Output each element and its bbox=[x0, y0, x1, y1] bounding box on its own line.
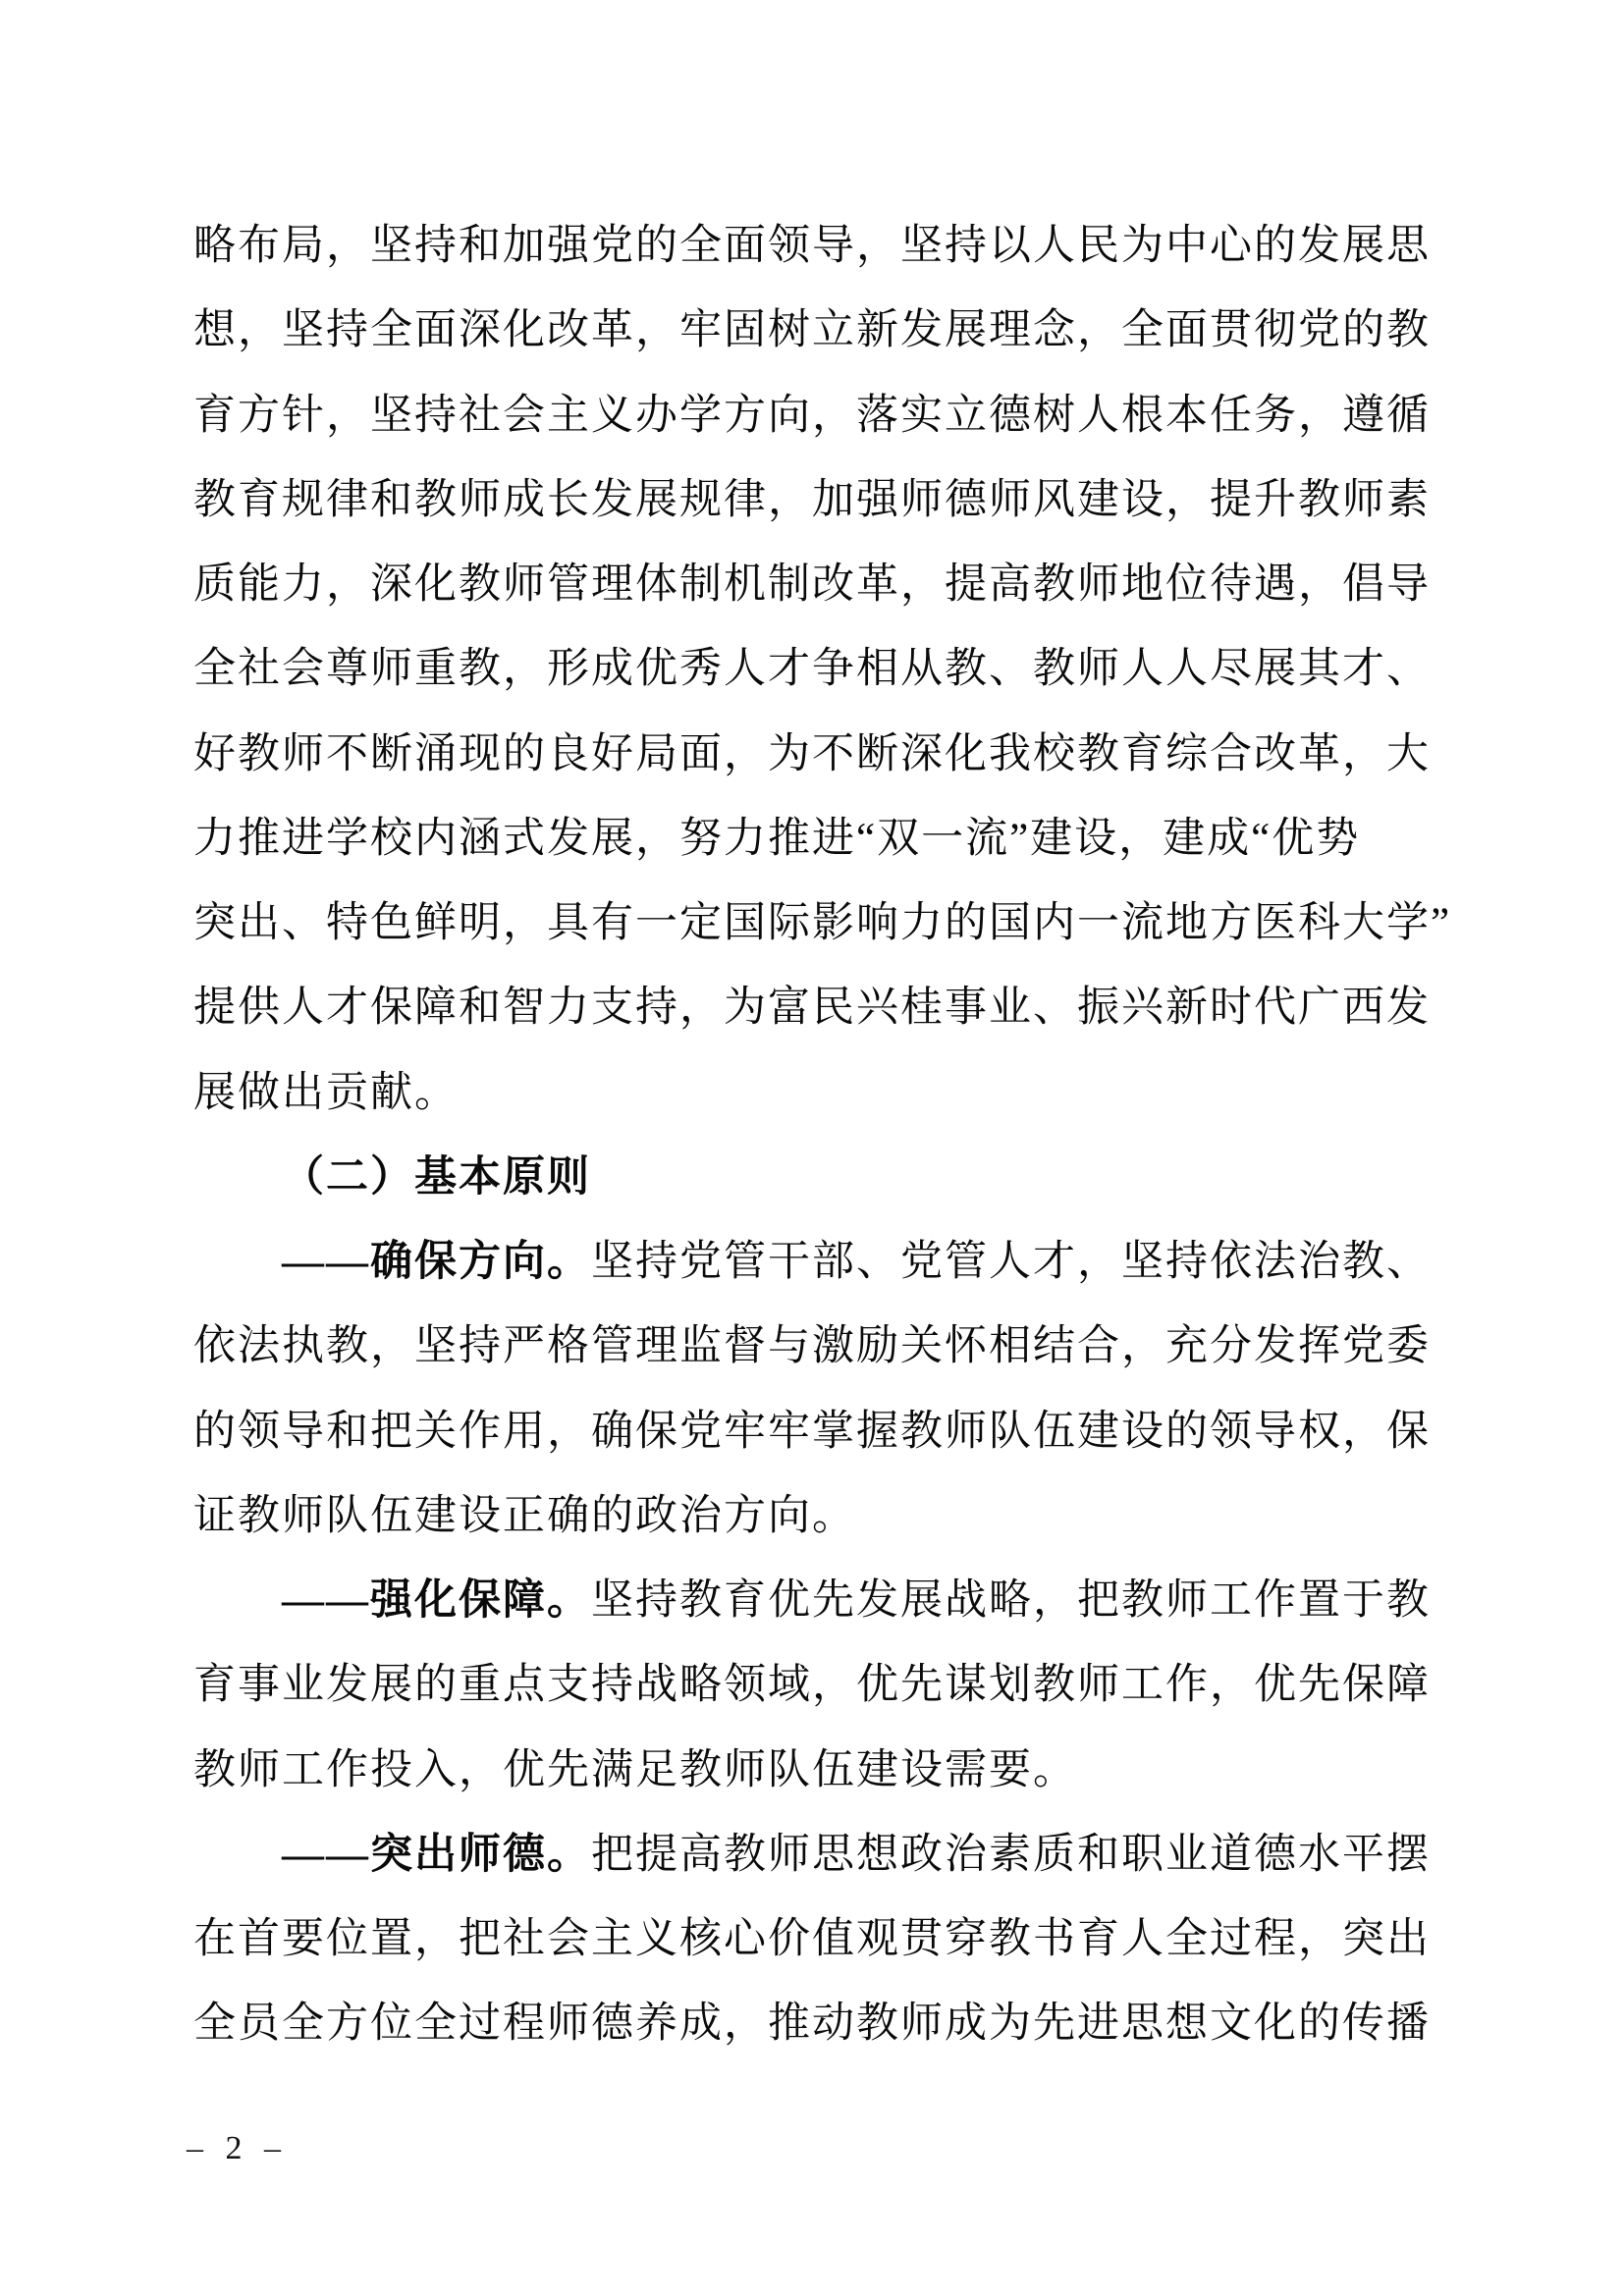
text-line: 展做出贡献。 bbox=[193, 1051, 1470, 1136]
line-text: 依法执教，坚持严格管理监督与激励关怀相结合，充分发挥党委 bbox=[193, 1323, 1431, 1369]
line-text: 全社会尊师重教，形成优秀人才争相从教、教师人人尽展其才、 bbox=[193, 646, 1431, 692]
bold-lead-in: （二）基本原则 bbox=[282, 1154, 591, 1201]
text-line: ——确保方向。坚持党管干部、党管人才，坚持依法治教、 bbox=[193, 1220, 1470, 1305]
line-text: 把提高教师思想政治素质和职业道德水平摆 bbox=[591, 1832, 1431, 1878]
line-text: 育方针，坚持社会主义办学方向，落实立德树人根本任务，遵循 bbox=[193, 393, 1431, 439]
line-text: 在首要位置，把社会主义核心价值观贯穿教书育人全过程，突出 bbox=[193, 1916, 1431, 1962]
text-line: 教师工作投入，优先满足教师队伍建设需要。 bbox=[193, 1729, 1470, 1813]
line-text: 全员全方位全过程师德养成，推动教师成为先进思想文化的传播 bbox=[193, 2001, 1431, 2047]
text-line: 想，坚持全面深化改革，牢固树立新发展理念，全面贯彻党的教 bbox=[193, 289, 1470, 373]
text-line: 力推进学校内涵式发展，努力推进“双一流”建设，建成“优势 bbox=[193, 797, 1470, 881]
text-line: 突出、特色鲜明，具有一定国际影响力的国内一流地方医科大学” bbox=[193, 881, 1470, 966]
bold-lead-in: ——确保方向。 bbox=[282, 1239, 591, 1285]
text-line: 的领导和把关作用，确保党牢牢掌握教师队伍建设的领导权，保 bbox=[193, 1390, 1470, 1474]
line-text: 育事业发展的重点支持战略领域，优先谋划教师工作，优先保障 bbox=[193, 1662, 1431, 1708]
text-line: 在首要位置，把社会主义核心价值观贯穿教书育人全过程，突出 bbox=[193, 1897, 1470, 1982]
text-line: 好教师不断涌现的良好局面，为不断深化我校教育综合改革，大 bbox=[193, 713, 1470, 797]
line-text: 坚持教育优先发展战略，把教师工作置于教 bbox=[591, 1577, 1431, 1624]
text-line: 依法执教，坚持严格管理监督与激励关怀相结合，充分发挥党委 bbox=[193, 1305, 1470, 1389]
line-text: 教育规律和教师成长发展规律，加强师德师风建设，提升教师素 bbox=[193, 477, 1431, 523]
text-line: ——强化保障。坚持教育优先发展战略，把教师工作置于教 bbox=[193, 1559, 1470, 1643]
line-text: 质能力，深化教师管理体制机制改革，提高教师地位待遇，倡导 bbox=[193, 561, 1431, 608]
text-line: 提供人才保障和智力支持，为富民兴桂事业、振兴新时代广西发 bbox=[193, 966, 1470, 1050]
text-line: 全社会尊师重教，形成优秀人才争相从教、教师人人尽展其才、 bbox=[193, 627, 1470, 712]
document-page: 略布局，坚持和加强党的全面领导，坚持以人民为中心的发展思想，坚持全面深化改革，牢… bbox=[0, 0, 1624, 2296]
line-text: 力推进学校内涵式发展，努力推进“双一流”建设，建成“优势 bbox=[193, 816, 1360, 862]
text-line: 质能力，深化教师管理体制机制改革，提高教师地位待遇，倡导 bbox=[193, 543, 1470, 627]
text-line: （二）基本原则 bbox=[193, 1136, 1470, 1220]
line-text: 的领导和把关作用，确保党牢牢掌握教师队伍建设的领导权，保 bbox=[193, 1409, 1431, 1455]
line-text: 略布局，坚持和加强党的全面领导，坚持以人民为中心的发展思 bbox=[193, 223, 1431, 269]
line-text: 提供人才保障和智力支持，为富民兴桂事业、振兴新时代广西发 bbox=[193, 985, 1431, 1031]
text-line: 略布局，坚持和加强党的全面领导，坚持以人民为中心的发展思 bbox=[193, 204, 1470, 289]
text-line: 证教师队伍建设正确的政治方向。 bbox=[193, 1474, 1470, 1559]
bold-lead-in: ——强化保障。 bbox=[282, 1577, 591, 1624]
line-text: 想，坚持全面深化改革，牢固树立新发展理念，全面贯彻党的教 bbox=[193, 307, 1431, 353]
page-number: – 2 – bbox=[187, 2130, 288, 2167]
line-text: 证教师队伍建设正确的政治方向。 bbox=[193, 1493, 856, 1539]
line-text: 教师工作投入，优先满足教师队伍建设需要。 bbox=[193, 1747, 1077, 1793]
document-body: 略布局，坚持和加强党的全面领导，坚持以人民为中心的发展思想，坚持全面深化改革，牢… bbox=[193, 204, 1470, 2067]
text-line: 全员全方位全过程师德养成，推动教师成为先进思想文化的传播 bbox=[193, 1982, 1470, 2066]
line-text: 突出、特色鲜明，具有一定国际影响力的国内一流地方医科大学” bbox=[193, 900, 1451, 946]
text-line: ——突出师德。把提高教师思想政治素质和职业道德水平摆 bbox=[193, 1813, 1470, 1897]
line-text: 坚持党管干部、党管人才，坚持依法治教、 bbox=[591, 1239, 1431, 1285]
line-text: 展做出贡献。 bbox=[193, 1070, 459, 1116]
text-line: 教育规律和教师成长发展规律，加强师德师风建设，提升教师素 bbox=[193, 458, 1470, 543]
line-text: 好教师不断涌现的良好局面，为不断深化我校教育综合改革，大 bbox=[193, 731, 1431, 777]
text-line: 育事业发展的重点支持战略领域，优先谋划教师工作，优先保障 bbox=[193, 1643, 1470, 1728]
bold-lead-in: ——突出师德。 bbox=[282, 1832, 591, 1878]
text-line: 育方针，坚持社会主义办学方向，落实立德树人根本任务，遵循 bbox=[193, 374, 1470, 458]
